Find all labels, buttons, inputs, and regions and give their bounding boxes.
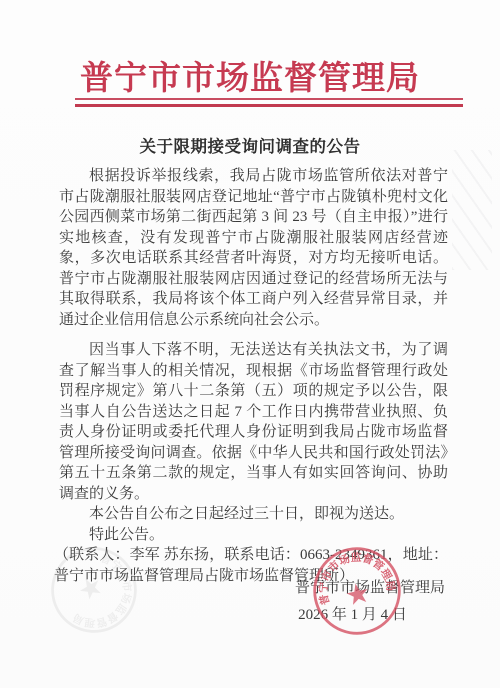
announcement-page: 普宁市市场监督管理局 关于限期接受询问调查的公告 根据投诉举报线索，我局占陇市场… <box>0 0 500 688</box>
announcement-title: 关于限期接受询问调查的公告 <box>0 133 500 157</box>
agency-name-heading: 普宁市市场监督管理局 <box>0 52 500 99</box>
svg-text:普宁市市场监督管理局: 普宁市市场监督管理局 <box>308 542 398 607</box>
seal-star-icon <box>345 581 370 605</box>
announcement-body: 根据投诉举报线索，我局占陇市场监管所依法对普宁市占陇潮服社服装网店登记地址“普宁… <box>59 166 448 586</box>
header-divider-bottom-line <box>75 104 463 107</box>
header-divider-top-line <box>75 98 463 100</box>
scan-smudge <box>452 150 492 270</box>
official-seal: 普宁市市场监督管理局 <box>301 535 412 646</box>
body-paragraph: 本公告自公布之日起经过三十日，即视为送达。 <box>59 504 448 525</box>
body-paragraph: 根据投诉举报线索，我局占陇市场监管所依法对普宁市占陇潮服社服装网店登记地址“普宁… <box>59 166 448 330</box>
ghost-seal-star-icon <box>78 575 105 602</box>
seal-arc-text: 普宁市市场监督管理局 <box>308 542 398 607</box>
body-paragraph: 因当事人下落不明，无法送达有关执法文书，为了调查了解当事人的相关情况，现根据《市… <box>59 340 448 504</box>
